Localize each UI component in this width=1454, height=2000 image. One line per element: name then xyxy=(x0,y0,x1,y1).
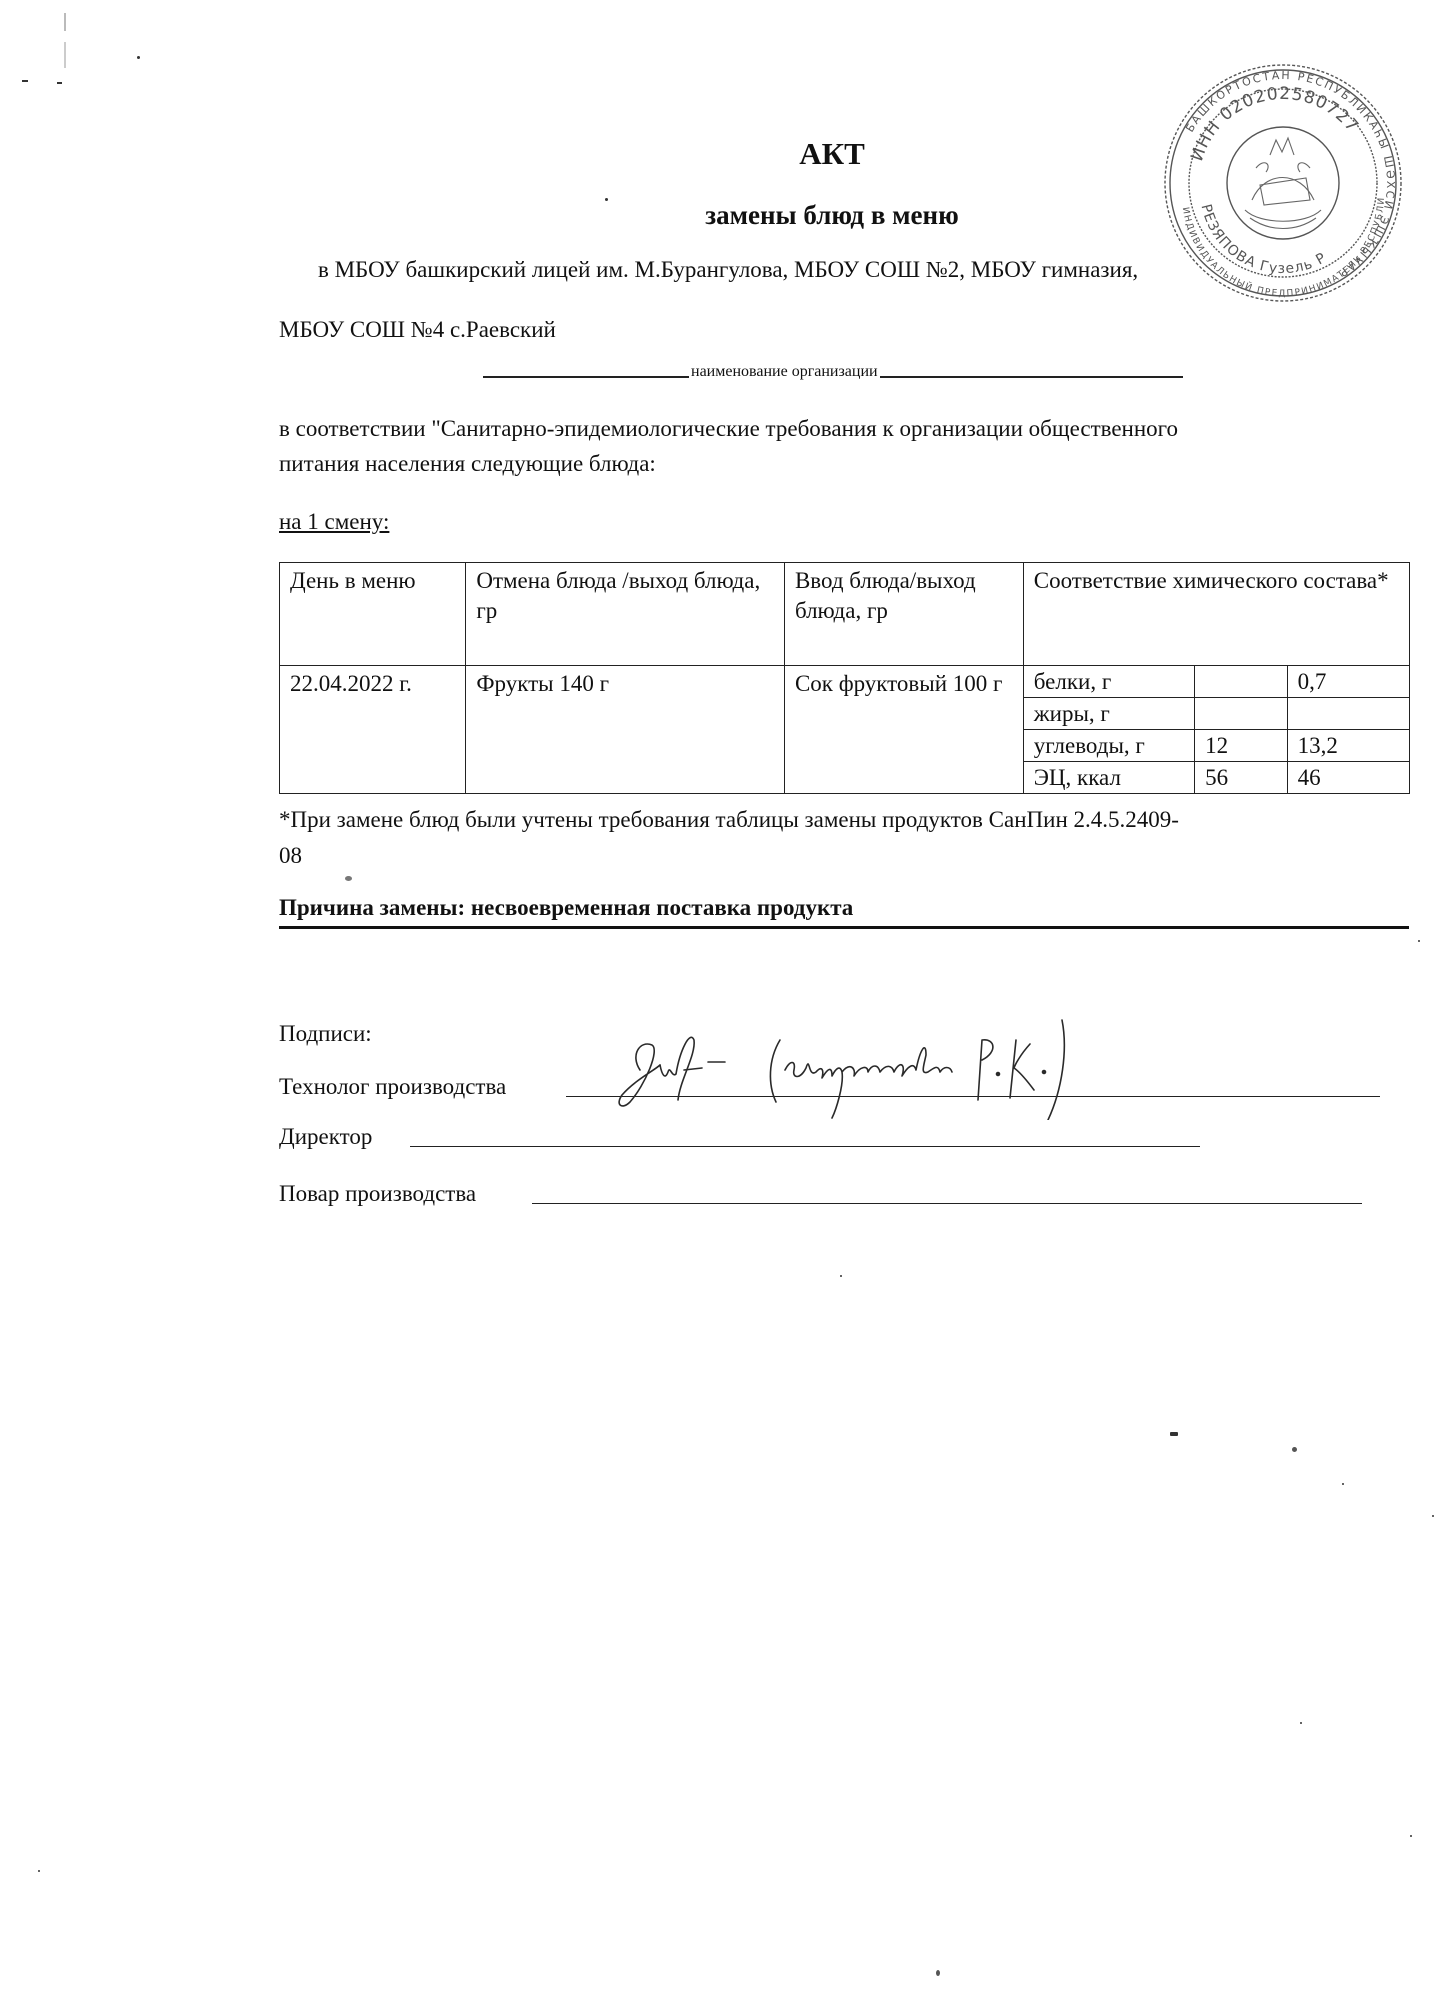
scan-speck xyxy=(57,82,62,84)
cell-enter: Сок фруктовый 100 г xyxy=(784,666,1023,794)
director-signature-line[interactable] xyxy=(410,1146,1200,1147)
scan-speck xyxy=(1418,940,1420,942)
round-stamp-icon: БАШКОРТОСТАН РЕСПУБЛИКАҺЫ ШӘХСИ ЭШҠЫУАР … xyxy=(1160,60,1406,306)
scan-speck xyxy=(1432,1515,1434,1517)
scan-speck xyxy=(1410,1835,1412,1837)
composition-label: углеводы, г xyxy=(1023,730,1194,762)
cell-cancel: Фрукты 140 г xyxy=(466,666,785,794)
organization-caption: наименование организации xyxy=(689,363,880,381)
composition-label: белки, г xyxy=(1023,666,1194,698)
composition-enter-value: 46 xyxy=(1287,762,1409,794)
cook-label: Повар производства xyxy=(279,1180,476,1208)
technologist-label: Технолог производства xyxy=(279,1073,506,1101)
organization-line-2: МБОУ СОШ №4 с.Раевский xyxy=(279,316,556,344)
menu-replacement-table: День в меню Отмена блюда /выход блюда, г… xyxy=(279,562,1410,794)
footnote-line-2: 08 xyxy=(279,842,302,870)
header-cancel: Отмена блюда /выход блюда, гр xyxy=(466,563,785,666)
scan-speck xyxy=(1342,1483,1344,1485)
scan-speck xyxy=(840,1275,842,1277)
scan-speck xyxy=(22,80,28,82)
scan-speck xyxy=(1170,1432,1178,1436)
scan-speck xyxy=(64,42,66,68)
table-row: 22.04.2022 г. Фрукты 140 г Сок фруктовый… xyxy=(280,666,1410,698)
shift-label: на 1 смену: xyxy=(279,508,389,536)
technologist-handwritten-signature: Sul - (Мухаметова Р.К.) xyxy=(610,1010,1190,1120)
table-header-row: День в меню Отмена блюда /выход блюда, г… xyxy=(280,563,1410,666)
signatures-label: Подписи: xyxy=(279,1020,372,1048)
cell-day: 22.04.2022 г. xyxy=(280,666,466,794)
scan-speck xyxy=(605,198,608,201)
composition-enter-value xyxy=(1287,698,1409,730)
scan-speck xyxy=(137,56,140,59)
reason-underline xyxy=(279,926,1409,929)
composition-cancel-value xyxy=(1195,698,1287,730)
scan-speck xyxy=(38,1870,40,1872)
composition-enter-value: 0,7 xyxy=(1287,666,1409,698)
header-enter: Ввод блюда/выход блюда, гр xyxy=(784,563,1023,666)
composition-enter-value: 13,2 xyxy=(1287,730,1409,762)
composition-cancel-value: 12 xyxy=(1195,730,1287,762)
header-composition: Соответствие химического состава* xyxy=(1023,563,1409,666)
director-label: Директор xyxy=(279,1123,372,1151)
intro-line-1: в соответствии "Санитарно-эпидемиологиче… xyxy=(279,415,1178,443)
cook-signature-line[interactable] xyxy=(532,1203,1362,1204)
scan-speck xyxy=(1292,1447,1297,1452)
organization-line-1: в МБОУ башкирский лицей им. М.Бурангулов… xyxy=(318,256,1138,284)
replacement-reason: Причина замены: несвоевременная поставка… xyxy=(279,895,853,921)
intro-line-2: питания населения следующие блюда: xyxy=(279,450,656,478)
header-day: День в меню xyxy=(280,563,466,666)
footnote-line-1: *При замене блюд были учтены требования … xyxy=(279,806,1179,834)
scan-speck xyxy=(1300,1722,1302,1724)
composition-cancel-value xyxy=(1195,666,1287,698)
scan-speck xyxy=(936,1970,940,1976)
composition-cancel-value: 56 xyxy=(1195,762,1287,794)
scan-speck xyxy=(345,876,352,881)
composition-label: ЭЦ, ккал xyxy=(1023,762,1194,794)
scan-speck xyxy=(64,13,66,31)
composition-label: жиры, г xyxy=(1023,698,1194,730)
